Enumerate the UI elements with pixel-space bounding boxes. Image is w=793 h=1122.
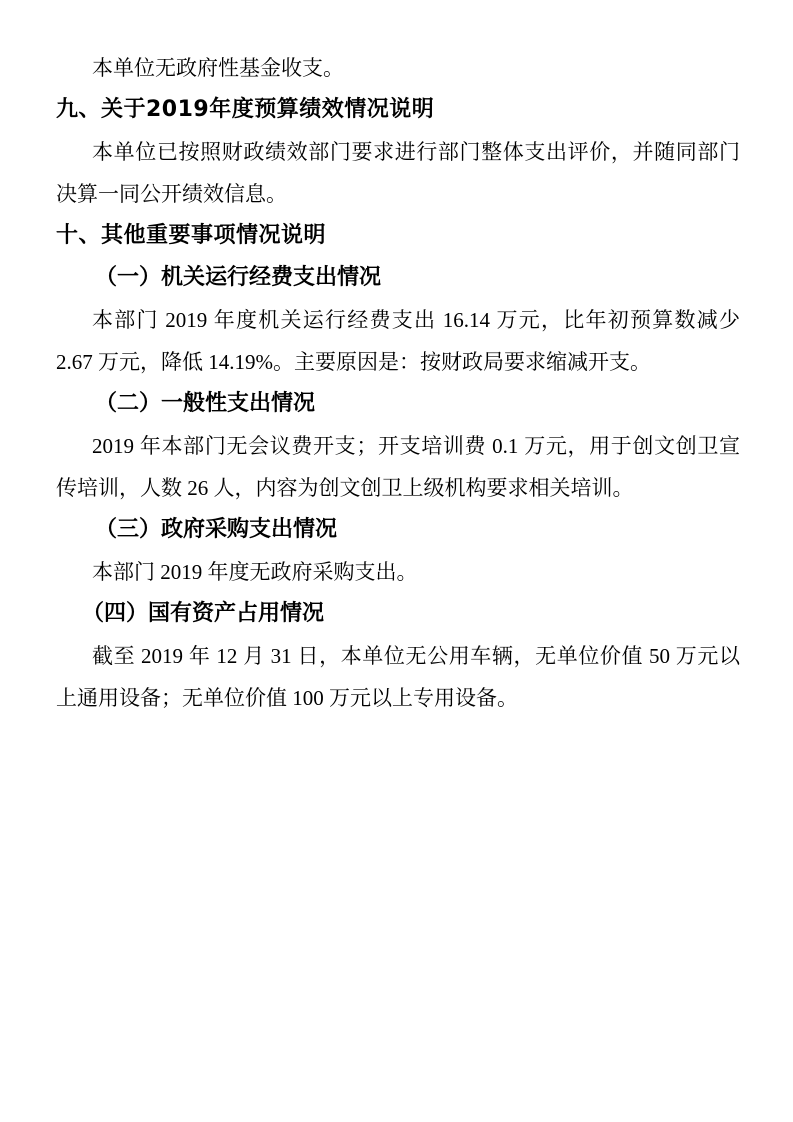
para-no-gov-fund: 本单位无政府性基金收支。 xyxy=(56,47,740,89)
heading-sub-three-gov-procurement: （三）政府采购支出情况 xyxy=(56,509,740,551)
document-content: 本单位无政府性基金收支。 九、关于2019年度预算绩效情况说明 本单位已按照财政… xyxy=(0,0,793,719)
para-general-expense: 2019 年本部门无会议费开支；开支培训费 0.1 万元，用于创文创卫宣传培训，… xyxy=(56,425,740,509)
para-state-assets: 截至 2019 年 12 月 31 日，本单位无公用车辆，无单位价值 50 万元… xyxy=(56,635,740,719)
para-operating-expense: 本部门 2019 年度机关运行经费支出 16.14 万元，比年初预算数减少 2.… xyxy=(56,299,740,383)
heading-sub-one-operating-expense: （一）机关运行经费支出情况 xyxy=(56,257,740,299)
para-performance-eval: 本单位已按照财政绩效部门要求进行部门整体支出评价，并随同部门决算一同公开绩效信息… xyxy=(56,131,740,215)
heading-section-nine: 九、关于2019年度预算绩效情况说明 xyxy=(56,89,740,131)
heading-sub-two-general-expense: （二）一般性支出情况 xyxy=(56,383,740,425)
document-page: 本单位无政府性基金收支。 九、关于2019年度预算绩效情况说明 本单位已按照财政… xyxy=(0,0,793,1122)
para-gov-procurement: 本部门 2019 年度无政府采购支出。 xyxy=(56,551,740,593)
heading-section-ten: 十、其他重要事项情况说明 xyxy=(56,215,740,257)
heading-sub-four-state-assets: （四）国有资产占用情况 xyxy=(56,593,740,635)
